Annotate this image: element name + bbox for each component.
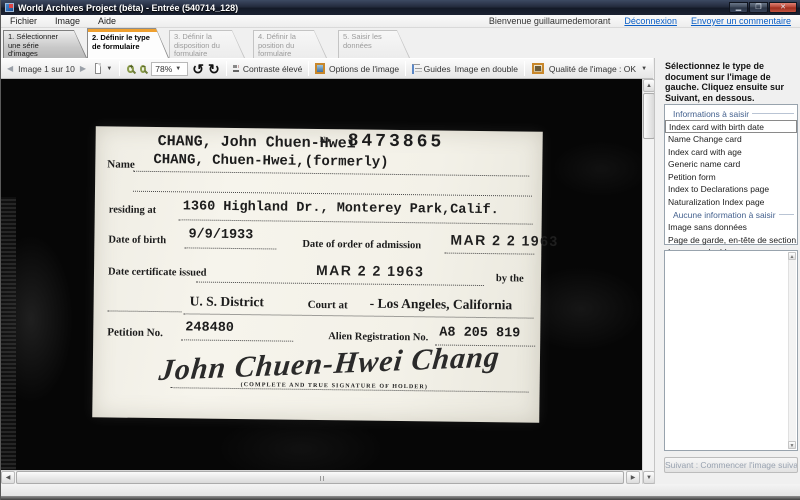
dotted-line [181,339,293,341]
toolbar-separator [119,61,120,76]
card-court-name: U. S. District [190,293,264,310]
list-item-image-no-data[interactable]: Image sans données [665,221,797,234]
menu-fichier[interactable]: Fichier [1,16,46,26]
page-thumbnail-icon[interactable] [95,63,101,74]
group-divider [752,113,794,114]
tab-define-form-type[interactable]: 2. Définir le type de formulaire [87,28,169,58]
dotted-line [179,219,533,224]
feedback-link[interactable]: Envoyer un commentaire [691,16,791,26]
naturalization-index-card: CHANG, John Chuen-Hwei No. 8473865 Name … [92,126,543,422]
list-item-generic-name-card[interactable]: Generic name card [665,158,797,171]
minimize-button[interactable]: ▁ [729,2,748,13]
guides-button[interactable]: Guides [422,64,453,74]
image-vertical-scrollbar[interactable]: ▲ ▼ [642,79,654,484]
list-item-petition-form[interactable]: Petition form [665,171,797,184]
guides-icon[interactable] [412,64,420,74]
card-no-label: No. [320,135,332,144]
card-dob-value: 9/9/1933 [188,227,253,243]
toolbar-separator [226,61,227,76]
card-alien-label: Alien Registration No. [328,331,428,343]
card-residing-label: residing at [109,204,156,216]
dotted-line [133,171,529,177]
scroll-left-icon[interactable]: ◀ [1,471,15,484]
image-quality-icon[interactable] [532,63,544,74]
list-item-index-declarations[interactable]: Index to Declarations page [665,183,797,196]
toolbar-separator [524,61,525,76]
card-dob-label: Date of birth [108,234,166,246]
zoom-dropdown-caret-icon: ▼ [172,66,184,72]
film-edge-texture [1,197,16,470]
maximize-button[interactable]: ❐ [749,2,768,13]
description-scrollbar[interactable]: ▲ ▼ [788,252,796,449]
card-court-at-label: Court at [308,299,348,311]
form-type-panel: Sélectionnez le type de document sur l'i… [654,58,800,484]
card-name-label: Name [107,158,135,170]
logout-link[interactable]: Déconnexion [624,16,677,26]
card-residing-value: 1360 Highland Dr., Monterey Park,Calif. [183,199,499,218]
scroll-right-icon[interactable]: ▶ [626,471,640,484]
panel-instruction: Sélectionnez le type de document sur l'i… [665,61,797,103]
dotted-line [184,247,276,249]
toolbar-separator [308,61,309,76]
card-no-value: 8473865 [348,131,445,152]
card-issued-label: Date certificate issued [108,266,207,278]
card-name-value: CHANG, Chuen-Hwei,(formerly) [153,152,388,171]
card-issued-value: MAR 2 2 1963 [316,262,424,279]
menu-bar: Fichier Image Aide Bienvenue guillaumede… [1,15,800,28]
rotate-left-icon[interactable]: ↺ [190,62,206,76]
group-entry-label: Informations à saisir [673,109,749,119]
app-window: World Archives Project (bêta) - Entrée (… [0,0,800,500]
list-item-cover-page[interactable]: Page de garde, en-tête de section, etc. [665,234,797,247]
scroll-down-icon[interactable]: ▼ [788,441,796,449]
image-options-icon[interactable] [315,63,325,74]
dotted-line [133,191,532,197]
menu-aide[interactable]: Aide [89,16,125,26]
rotate-right-icon[interactable]: ↻ [206,62,222,76]
dotted-line [444,253,534,255]
image-toolbar: ◀ Image 1 sur 10 ▶ ▼ + − 78% ▼ ↺ ↻ Contr… [1,58,653,79]
wizard-tabs: 1. Sélectionner une série d'images 2. Dé… [1,28,800,58]
horizontal-scroll-thumb[interactable] [16,471,624,484]
form-type-listbox[interactable]: Informations à saisir Index card with bi… [664,104,798,245]
high-contrast-icon[interactable] [233,64,239,74]
document-image-viewer[interactable]: CHANG, John Chuen-Hwei No. 8473865 Name … [1,79,642,470]
list-item-naturalization-index[interactable]: Naturalization Index page [665,196,797,209]
zoom-level-combo[interactable]: 78% ▼ [151,62,188,76]
list-item-name-change-card[interactable]: Name Change card [665,133,797,146]
zoom-level-value: 78% [155,64,172,74]
scroll-up-icon[interactable]: ▲ [788,252,796,260]
high-contrast-button[interactable]: Contraste élevé [241,64,305,74]
description-box: ▲ ▼ [664,250,798,451]
duplicate-image-button[interactable]: Image en double [453,64,520,74]
zoom-out-icon[interactable]: − [140,65,146,73]
close-button[interactable]: ✕ [769,2,797,13]
image-quality-button[interactable]: Qualité de l'image : OK [547,64,638,74]
card-admission-value: MAR 2 2 1963 [450,232,558,249]
menu-image[interactable]: Image [46,16,89,26]
status-strip [1,484,800,496]
group-divider [779,214,794,215]
card-court-at-value: - Los Angeles, California [370,296,513,314]
tab-select-image-series[interactable]: 1. Sélectionner une série d'images [3,30,87,58]
welcome-text: Bienvenue guillaumedemorant [489,16,611,26]
title-bar: World Archives Project (bêta) - Entrée (… [1,0,800,15]
card-petition-value: 248480 [185,320,234,336]
window-title: World Archives Project (bêta) - Entrée (… [18,3,238,13]
image-options-button[interactable]: Options de l'image [327,64,401,74]
dotted-line [108,310,182,312]
zoom-in-icon[interactable]: + [127,65,133,73]
dotted-line [184,313,534,318]
previous-image-icon[interactable]: ◀ [4,64,16,73]
tab-define-form-position: 4. Définir la position du formulaire [253,30,327,58]
quality-dropdown-caret-icon[interactable]: ▼ [638,66,650,72]
card-admission-label: Date of order of admission [302,239,421,251]
next-image-button[interactable]: Suivant : Commencer l'image suivante >> [664,457,798,473]
card-signature: John Chuen-Hwei Chang [157,340,501,388]
toolbar-separator [405,61,406,76]
page-dropdown-caret-icon[interactable]: ▼ [103,66,115,72]
dotted-line [196,282,484,287]
list-item-index-card-birth-date[interactable]: Index card with birth date [665,120,797,133]
card-alien-value: A8 205 819 [439,325,520,341]
group-none-label: Aucune information à saisir [673,210,776,220]
card-by-the-label: by the [496,273,524,284]
card-petition-label: Petition No. [107,326,163,339]
image-nav-label: Image 1 sur 10 [16,64,77,74]
image-horizontal-scrollbar[interactable]: ◀ ▶ [1,470,642,484]
next-image-icon[interactable]: ▶ [77,64,89,73]
tab-define-form-layout: 3. Définir la disposition du formulaire [169,30,245,58]
list-item-index-card-age[interactable]: Index card with age [665,146,797,159]
tab-enter-data: 5. Saisir les données [338,30,410,58]
window-frame-bottom [1,496,800,500]
app-icon [5,3,14,12]
